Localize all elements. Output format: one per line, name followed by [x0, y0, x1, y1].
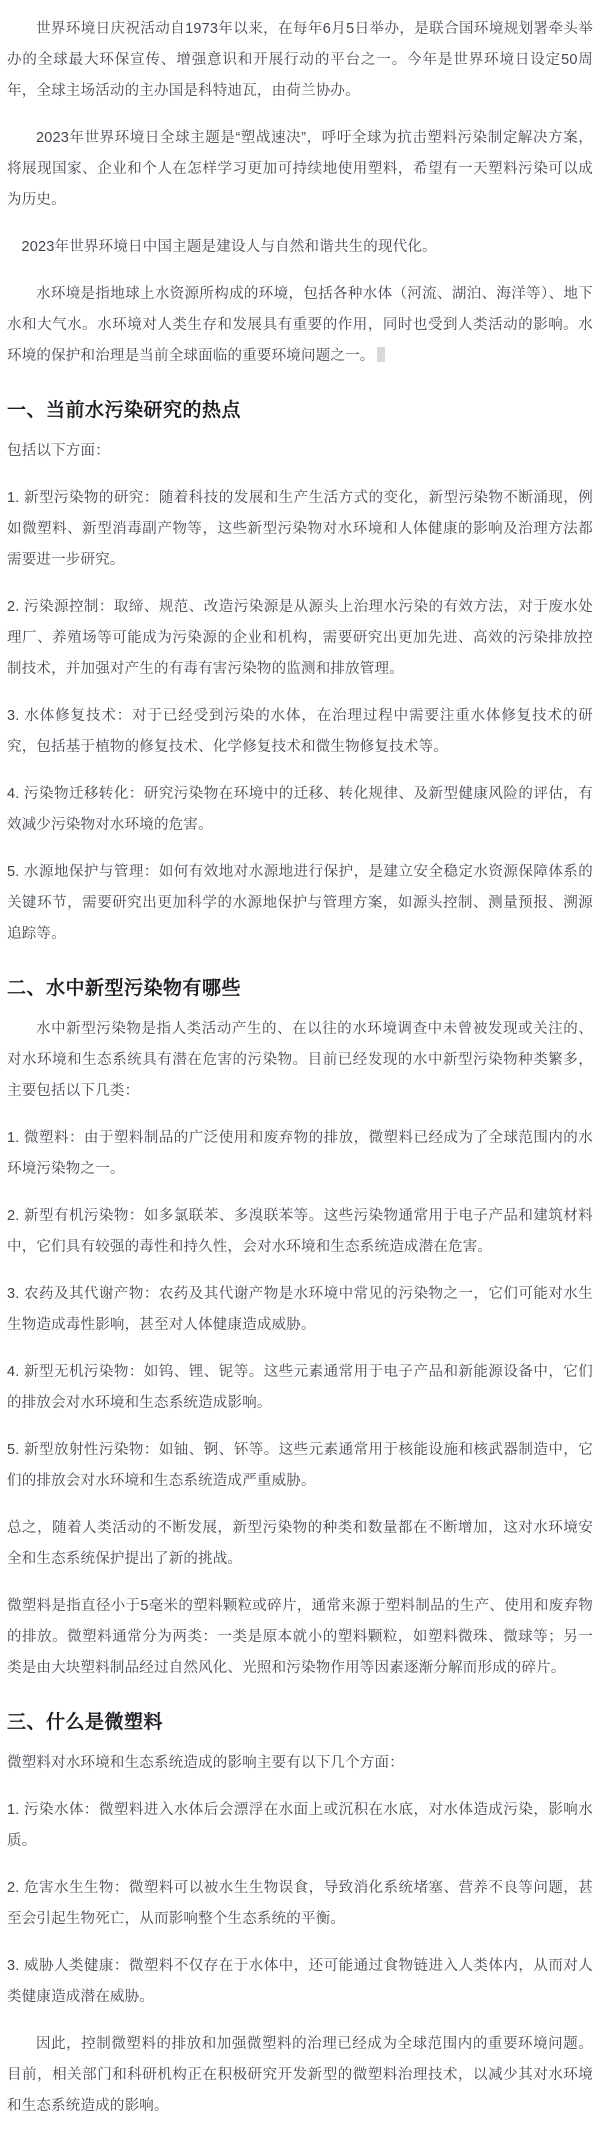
section-1-item-5: 5. 水源地保护与管理：如何有效地对水源地进行保护，是建立安全稳定水资源保障体系… [7, 857, 593, 950]
section-3-conclusion: 因此，控制微塑料的排放和加强微塑料的治理已经成为全球范围内的重要环境问题。目前，… [7, 2029, 593, 2122]
intro-paragraph-1: 世界环境日庆祝活动自1973年以来，在每年6月5日举办，是联合国环境规划署牵头举… [7, 14, 593, 107]
section-3-lead: 微塑料对水环境和生态系统造成的影响主要有以下几个方面： [7, 1748, 593, 1779]
section-2-item-2: 2. 新型有机污染物：如多氯联苯、多溴联苯等。这些污染物通常用于电子产品和建筑材… [7, 1201, 593, 1263]
intro-paragraph-4-text: 水环境是指地球上水资源所构成的环境，包括各种水体（河流、湖泊、海洋等）、地下水和… [7, 286, 593, 364]
text-cursor [377, 347, 385, 362]
section-1-item-1: 1. 新型污染物的研究：随着科技的发展和生产生活方式的变化，新型污染物不断涌现，… [7, 483, 593, 576]
intro-paragraph-4: 水环境是指地球上水资源所构成的环境，包括各种水体（河流、湖泊、海洋等）、地下水和… [7, 279, 593, 372]
intro-paragraph-3: 2023年世界环境日中国主题是建设人与自然和谐共生的现代化。 [7, 232, 593, 263]
section-3-heading: 三、什么是微塑料 [7, 1710, 593, 1736]
section-2-item-3: 3. 农药及其代谢产物：农药及其代谢产物是水环境中常见的污染物之一，它们可能对水… [7, 1279, 593, 1341]
section-1-lead: 包括以下方面： [7, 436, 593, 467]
section-3-item-3: 3. 威胁人类健康：微塑料不仅存在于水体中，还可能通过食物链进入人类体内，从而对… [7, 1951, 593, 2013]
section-3-item-1: 1. 污染水体：微塑料进入水体后会漂浮在水面上或沉积在水底，对水体造成污染，影响… [7, 1795, 593, 1857]
section-3-item-2: 2. 危害水生生物：微塑料可以被水生生物误食，导致消化系统堵塞、营养不良等问题，… [7, 1873, 593, 1935]
section-2-item-4: 4. 新型无机污染物：如钨、锂、铌等。这些元素通常用于电子产品和新能源设备中，它… [7, 1357, 593, 1419]
section-1-item-3: 3. 水体修复技术：对于已经受到污染的水体，在治理过程中需要注重水体修复技术的研… [7, 701, 593, 763]
section-2-heading: 二、水中新型污染物有哪些 [7, 976, 593, 1002]
section-2-lead: 水中新型污染物是指人类活动产生的、在以往的水环境调查中未曾被发现或关注的、对水环… [7, 1014, 593, 1107]
section-2-summary: 总之，随着人类活动的不断发展，新型污染物的种类和数量都在不断增加，这对水环境安全… [7, 1513, 593, 1575]
section-1-item-4: 4. 污染物迁移转化：研究污染物在环境中的迁移、转化规律、及新型健康风险的评估，… [7, 779, 593, 841]
section-1-item-2: 2. 污染源控制：取缔、规范、改造污染源是从源头上治理水污染的有效方法，对于废水… [7, 592, 593, 685]
microplastic-definition: 微塑料是指直径小于5毫米的塑料颗粒或碎片，通常来源于塑料制品的生产、使用和废弃物… [7, 1591, 593, 1684]
section-2-item-5: 5. 新型放射性污染物：如铀、锕、钚等。这些元素通常用于核能设施和核武器制造中，… [7, 1435, 593, 1497]
section-2-item-1: 1. 微塑料：由于塑料制品的广泛使用和废弃物的排放，微塑料已经成为了全球范围内的… [7, 1123, 593, 1185]
intro-paragraph-2: 2023年世界环境日全球主题是“塑战速决”，呼吁全球为抗击塑料污染制定解决方案，… [7, 123, 593, 216]
section-1-heading: 一、当前水污染研究的热点 [7, 398, 593, 424]
